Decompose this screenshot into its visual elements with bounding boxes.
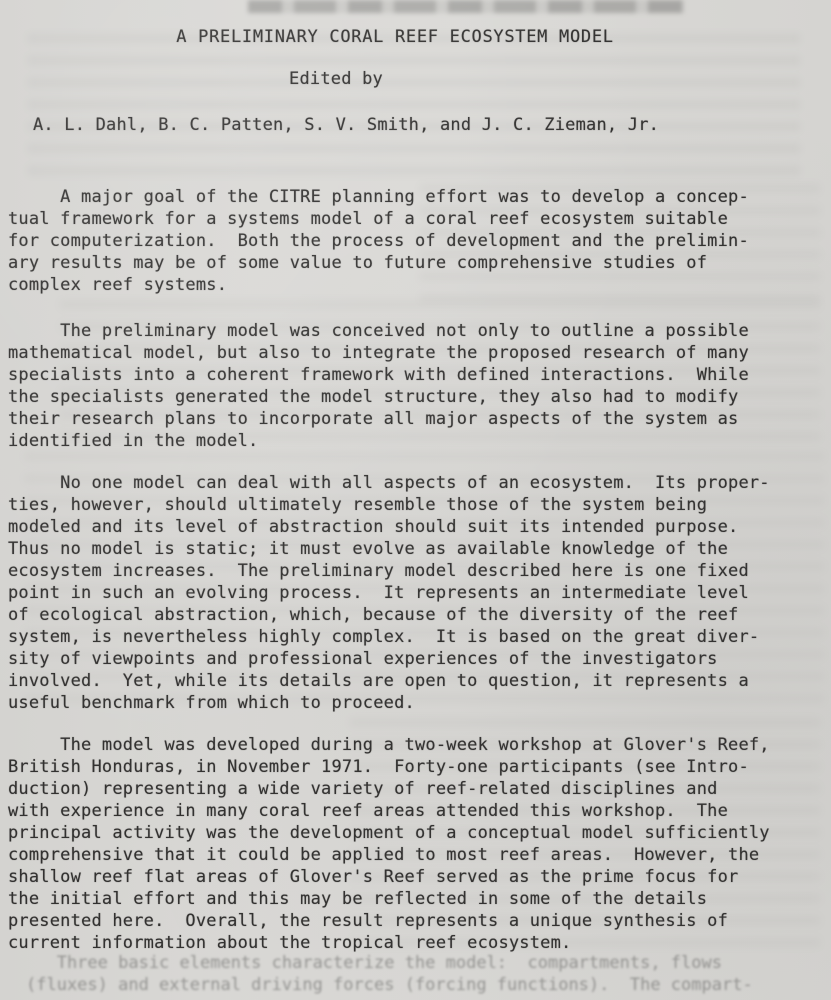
bleed-through-text: Three basic elements characterize the mo… bbox=[26, 952, 753, 996]
paragraph-citre-goal: A major goal of the CITRE planning effor… bbox=[8, 186, 749, 296]
edited-by-line: Edited by bbox=[0, 68, 672, 90]
scanned-document-page: A PRELIMINARY CORAL REEF ECOSYSTEM MODEL… bbox=[0, 0, 831, 1000]
bleed-through-header-smudge bbox=[248, 0, 684, 13]
paragraph-workshop: The model was developed during a two-wee… bbox=[8, 734, 770, 954]
paragraph-model-scope: No one model can deal with all aspects o… bbox=[8, 472, 770, 714]
document-title: A PRELIMINARY CORAL REEF ECOSYSTEM MODEL bbox=[0, 26, 790, 48]
authors-line: A. L. Dahl, B. C. Patten, S. V. Smith, a… bbox=[33, 114, 659, 136]
paragraph-preliminary-model: The preliminary model was conceived not … bbox=[8, 320, 749, 452]
bleed-through-smudge bbox=[28, 34, 800, 178]
